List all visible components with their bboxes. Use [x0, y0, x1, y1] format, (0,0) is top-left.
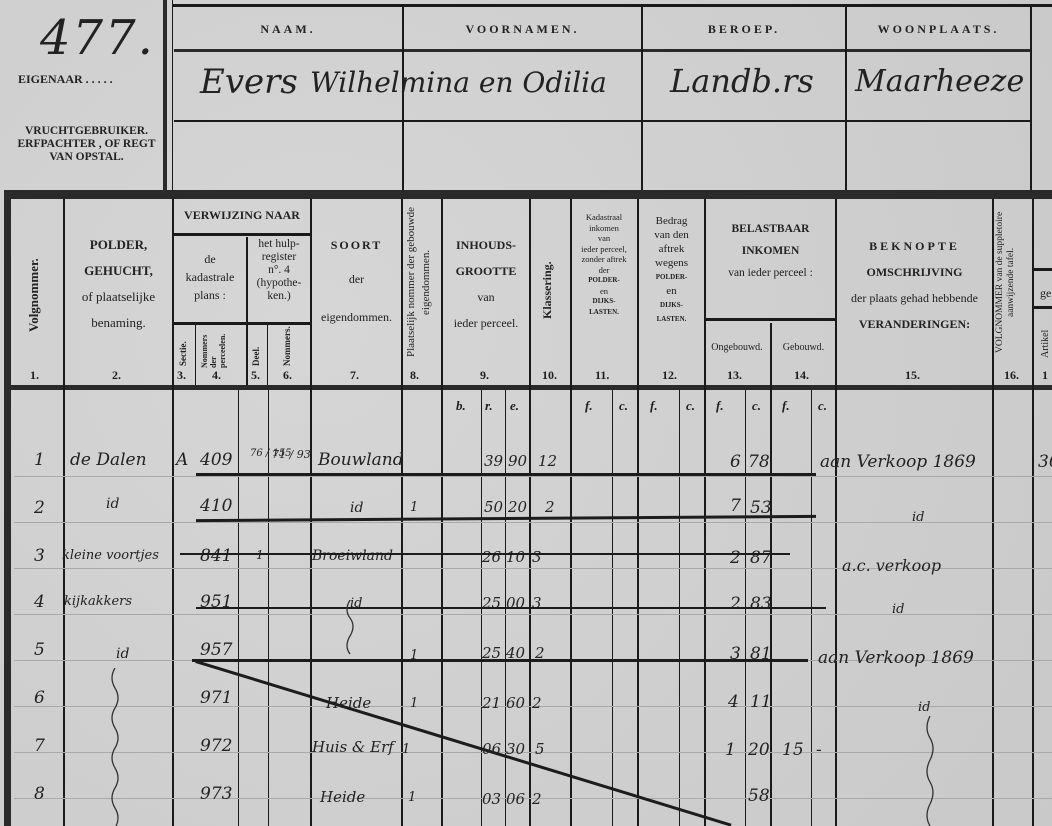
col12-header-line: DIJKS-: [639, 298, 704, 312]
row-ong-f: 2: [730, 594, 741, 614]
row-perceel: 951: [200, 592, 232, 612]
col-number: 1.: [30, 368, 39, 383]
col10-header: Klassering.: [540, 245, 555, 335]
col15-header-line: BEKNOPTE: [837, 233, 992, 259]
row-plaats: 1: [410, 500, 418, 515]
col7-header-line: der: [312, 266, 401, 292]
row-opmerking: aan Verkoop 1869: [818, 648, 974, 668]
row-ong-c: 78: [748, 452, 770, 472]
col9-header-line: INHOUDS-: [443, 232, 529, 258]
unit-e: e.: [510, 398, 519, 414]
hulpregister-line: ken.): [248, 290, 310, 303]
col12-header-line: van den: [639, 228, 704, 242]
row-opmerking: a.c. verkoop: [842, 556, 941, 575]
col15-header-line: OMSCHRIJVING: [837, 259, 992, 285]
col11-header-line: ieder perceel,: [571, 244, 637, 255]
row-area-e: 10: [506, 548, 525, 566]
col-number: 4.: [212, 368, 221, 383]
col-number: 1: [1042, 368, 1048, 383]
col-number: 8.: [410, 368, 419, 383]
row-perceel: 409: [200, 450, 232, 470]
row-area-e: 60: [506, 694, 525, 712]
row-area-e: 00: [506, 594, 525, 612]
row-nr: 8: [34, 784, 45, 804]
unit-c: c.: [752, 398, 761, 414]
row-ong-c: 11: [750, 692, 772, 712]
row-opmerking: id: [912, 510, 924, 525]
kadastrale-line: plans :: [174, 286, 246, 304]
col2-header-line: of plaatselijke: [65, 284, 172, 310]
row-plaats: 1: [410, 696, 418, 711]
row-opmerking: aan Verkoop 1869: [820, 452, 976, 472]
unit-r: r.: [485, 398, 493, 414]
col12-header: Bedrag van den aftrek wegens POLDER- en …: [639, 214, 704, 326]
col-number: 12.: [662, 368, 677, 383]
row-plaats: 1: [402, 742, 410, 757]
hulpregister-line: register: [248, 251, 310, 264]
ditto-wavy-line-icon: [100, 668, 130, 826]
col-number: 3.: [177, 368, 186, 383]
col8-header: Plaatselijk nommer der gebouwde eigendom…: [404, 205, 438, 360]
row-nommer: 71 / 93: [272, 448, 311, 461]
col12-header-line: LASTEN.: [639, 312, 704, 326]
col-number: 6.: [283, 368, 292, 383]
row-soort: Broeiwland: [312, 548, 393, 564]
col-number: 14.: [794, 368, 809, 383]
col-beroep-header: BEROEP.: [643, 22, 845, 37]
col11-header-line: LASTEN.: [571, 307, 637, 318]
row-perceel: 410: [200, 496, 232, 516]
row-perceel: 841: [200, 546, 232, 566]
row-perceel: 957: [200, 640, 232, 660]
col12-header-line: Bedrag: [639, 214, 704, 228]
col-number: 7.: [350, 368, 359, 383]
row-klasse: 5: [535, 740, 545, 758]
col12-header-line: aftrek: [639, 242, 704, 256]
col11-header-line: DIJKS-: [571, 296, 637, 307]
col17-header-partial: ge: [1040, 286, 1051, 301]
unit-c: c.: [818, 398, 827, 414]
row-opmerking: id: [892, 602, 904, 617]
unit-c: c.: [686, 398, 695, 414]
col11-header: Kadastraal inkomen van ieder perceel, zo…: [571, 212, 637, 317]
kadastrale-header: de kadastrale plans :: [174, 250, 246, 304]
owner-naam: Evers: [200, 62, 298, 102]
row-klasse: 3: [532, 548, 542, 566]
row-polder: kijkakkers: [64, 594, 132, 609]
col-number: 13.: [727, 368, 742, 383]
kadastrale-line: de: [174, 250, 246, 268]
row-soort: Heide: [320, 788, 365, 806]
row-ong-c: 20: [748, 740, 770, 760]
col-number: 16.: [1004, 368, 1019, 383]
cadastral-ledger-page: 477. EIGENAAR . . . . . VRUCHTGEBRUIKER.…: [0, 0, 1052, 826]
col1-header: Volgnommer.: [26, 240, 42, 350]
col11-header-line: zonder aftrek: [571, 254, 637, 265]
row-area-e: 30: [506, 740, 525, 758]
col5-header: Deel.: [251, 330, 261, 366]
row-ong-c: 83: [750, 594, 772, 614]
row-nr: 1: [34, 450, 45, 470]
row-ong-f: 4: [728, 692, 739, 712]
row-sectie: A: [176, 450, 188, 470]
row-ong-c: 87: [750, 548, 772, 568]
col11-header-line: en: [571, 286, 637, 297]
row-deel: 1: [256, 548, 264, 562]
col2-header-line: POLDER,: [65, 232, 172, 258]
col11-header-line: POLDER-: [571, 275, 637, 286]
row-klasse: 12: [538, 452, 557, 470]
verwijzing-header: VERWIJZING NAAR: [174, 208, 310, 223]
col12-header-line: en: [639, 284, 704, 298]
unit-f: f.: [782, 398, 790, 414]
unit-f: f.: [585, 398, 593, 414]
col3-header: Sectie.: [178, 330, 188, 366]
col16-header: VOLGNOMMER van de suppletoire aanwijzend…: [995, 207, 1029, 357]
row-area-e: 06: [506, 790, 525, 808]
col-number: 9.: [480, 368, 489, 383]
row-area-r: 50: [484, 498, 503, 516]
row-area-r: 21: [482, 694, 501, 712]
col11-header-line: Kadastraal: [571, 212, 637, 223]
col13-header: Ongebouwd.: [704, 342, 770, 353]
row-nr: 6: [34, 688, 45, 708]
row-polder: de Dalen: [70, 450, 147, 470]
row-ong-f: 1: [725, 740, 736, 760]
col9-header: INHOUDS- GROOTTE van ieder perceel.: [443, 232, 529, 336]
unit-f: f.: [716, 398, 724, 414]
row-geb-c: -: [816, 740, 822, 760]
article-number: 477.: [40, 10, 155, 66]
unit-b: b.: [456, 398, 466, 414]
row-perceel: 973: [200, 784, 232, 804]
row-klasse: 3: [532, 594, 542, 612]
col12-header-line: wegens: [639, 256, 704, 270]
hulpregister-line: n°. 4: [248, 264, 310, 277]
row-soort: Huis & Erf: [312, 738, 394, 756]
unit-f: f.: [650, 398, 658, 414]
row-area-r: 06: [482, 740, 501, 758]
row-suppl: 30: [1038, 452, 1052, 472]
row-nr: 2: [34, 498, 45, 518]
row-ong-c: 58: [748, 786, 770, 806]
owner-woonplaats: Maarheeze: [855, 64, 1024, 99]
row-nr: 4: [34, 592, 45, 612]
row-opmerking: id: [918, 700, 930, 715]
col2-header-line: benaming.: [65, 310, 172, 336]
hulpregister-line: (hypothe-: [248, 277, 310, 290]
row-klasse: 2: [532, 790, 542, 808]
owner-label: EIGENAAR . . . . .: [18, 72, 113, 87]
col7-header-line: SOORT: [312, 232, 401, 258]
col11-header-line: der: [571, 265, 637, 276]
row-perceel: 972: [200, 736, 232, 756]
col14-header: Gebouwd.: [772, 342, 835, 353]
row-area-r: 26: [482, 548, 501, 566]
belastbaar-line: INKOMEN: [706, 240, 835, 262]
row-soort: Heide: [326, 694, 371, 712]
belastbaar-header: BELASTBAAR INKOMEN van ieder perceel :: [706, 218, 835, 284]
col2-header: POLDER, GEHUCHT, of plaatselijke benamin…: [65, 232, 172, 336]
row-area-r: 39: [484, 452, 503, 470]
col-number: 11.: [595, 368, 609, 383]
col17-header-rotated: Artikel: [1040, 318, 1051, 358]
row-nr: 5: [34, 640, 45, 660]
col7-header-line: eigendommen.: [312, 304, 401, 330]
col-number: 2.: [112, 368, 121, 383]
col9-header-line: GROOTTE: [443, 258, 529, 284]
row-polder: kleine voortjes: [62, 548, 159, 563]
ditto-wavy-line-icon: [335, 600, 365, 660]
col-number: 5.: [251, 368, 260, 383]
hulpregister-header: het hulp- register n°. 4 (hypothe- ken.): [248, 238, 310, 303]
usufructuary-label: VRUCHTGEBRUIKER. ERFPACHTER , OF REGT VA…: [14, 125, 159, 164]
row-klasse: 2: [545, 498, 555, 516]
row-ong-f: 2: [730, 548, 741, 568]
col9-header-line: ieder perceel.: [443, 310, 529, 336]
owner-beroep: Landb.rs: [670, 62, 814, 100]
hulpregister-line: het hulp-: [248, 238, 310, 251]
row-perceel: 971: [200, 688, 232, 708]
col7-header: SOORT der eigendommen.: [312, 232, 401, 330]
row-nr: 3: [34, 546, 45, 566]
belastbaar-line: BELASTBAAR: [706, 218, 835, 240]
col-naam-header: NAAM.: [174, 22, 402, 37]
belastbaar-line: van ieder perceel :: [706, 262, 835, 284]
col12-header-line: POLDER-: [639, 270, 704, 284]
col2-header-line: GEHUCHT,: [65, 258, 172, 284]
row-nr: 7: [34, 736, 45, 756]
row-soort: id: [350, 500, 363, 516]
ditto-wavy-line-icon: [915, 716, 945, 826]
owner-voornamen: Wilhelmina en Odilia: [310, 66, 607, 99]
col15-header-line: der plaats gehad hebbende: [837, 285, 992, 311]
row-area-r: 03: [482, 790, 501, 808]
row-ong-f: 7: [730, 496, 741, 516]
col11-header-line: van: [571, 233, 637, 244]
row-plaats: 1: [408, 790, 416, 805]
col-woonplaats-header: WOONPLAATS.: [847, 22, 1030, 37]
col-voornamen-header: VOORNAMEN.: [404, 22, 641, 37]
row-area-r: 25: [482, 594, 501, 612]
col6-header: Nommers.: [282, 326, 292, 366]
row-polder: id: [106, 496, 119, 512]
col-number: 15.: [905, 368, 920, 383]
col-number: 10.: [542, 368, 557, 383]
row-klasse: 2: [532, 694, 542, 712]
col15-header: BEKNOPTE OMSCHRIJVING der plaats gehad h…: [837, 233, 992, 337]
col11-header-line: inkomen: [571, 223, 637, 234]
row-polder: id: [116, 646, 129, 662]
col4-header: Nommers der perceelen.: [200, 328, 240, 368]
row-area-e: 20: [508, 498, 527, 516]
col15-header-line: VERANDERINGEN:: [837, 311, 992, 337]
row-area-e: 90: [508, 452, 527, 470]
row-ong-f: 6: [730, 452, 741, 472]
row-geb-f: 15: [782, 740, 804, 760]
col9-header-line: van: [443, 284, 529, 310]
kadastrale-line: kadastrale: [174, 268, 246, 286]
row-soort: Bouwland: [318, 450, 404, 470]
unit-c: c.: [619, 398, 628, 414]
